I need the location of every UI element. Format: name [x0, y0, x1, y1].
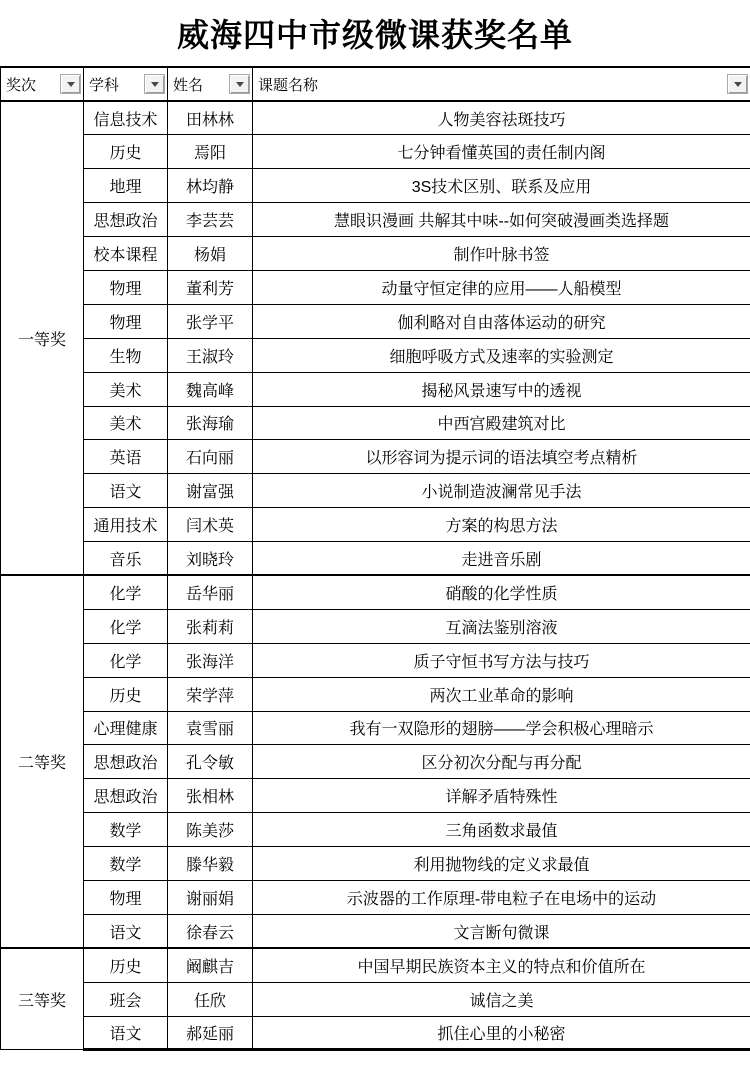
table-row: 语文徐春云文言断句微课	[1, 914, 750, 948]
topic-cell[interactable]: 示波器的工作原理-带电粒子在电场中的运动	[253, 880, 750, 914]
table-row: 思想政治李芸芸慧眼识漫画 共解其中味--如何突破漫画类选择题	[1, 203, 750, 237]
table-row: 英语石向丽以形容词为提示词的语法填空考点精析	[1, 440, 750, 474]
caret-down-icon	[67, 82, 75, 87]
name-cell[interactable]: 郝延丽	[168, 1016, 253, 1050]
topic-cell[interactable]: 以形容词为提示词的语法填空考点精析	[253, 440, 750, 474]
name-cell[interactable]: 林均静	[168, 169, 253, 203]
name-cell[interactable]: 石向丽	[168, 440, 253, 474]
topic-cell[interactable]: 伽利略对自由落体运动的研究	[253, 304, 750, 338]
column-header-topic[interactable]: 课题名称	[253, 67, 750, 101]
name-cell[interactable]: 张海瑜	[168, 406, 253, 440]
subject-cell[interactable]: 化学	[84, 643, 168, 677]
column-header-subject[interactable]: 学科	[84, 67, 168, 101]
filter-dropdown-icon[interactable]	[229, 74, 250, 94]
table-row: 物理张学平伽利略对自由落体运动的研究	[1, 304, 750, 338]
table-row: 化学张海洋质子守恒书写方法与技巧	[1, 643, 750, 677]
name-cell[interactable]: 徐春云	[168, 914, 253, 948]
subject-cell[interactable]: 历史	[84, 677, 168, 711]
subject-cell[interactable]: 美术	[84, 406, 168, 440]
subject-cell[interactable]: 化学	[84, 609, 168, 643]
name-cell[interactable]: 李芸芸	[168, 203, 253, 237]
table-row: 三等奖历史阚麒吉中国早期民族资本主义的特点和价值所在	[1, 948, 750, 982]
topic-cell[interactable]: 我有一双隐形的翅膀——学会积极心理暗示	[253, 711, 750, 745]
table-body: 一等奖信息技术田林林人物美容祛斑技巧历史焉阳七分钟看懂英国的责任制内阁地理林均静…	[1, 101, 750, 1050]
topic-cell[interactable]: 人物美容祛斑技巧	[253, 101, 750, 135]
subject-cell[interactable]: 生物	[84, 338, 168, 372]
topic-cell[interactable]: 走进音乐剧	[253, 542, 750, 576]
column-header-name[interactable]: 姓名	[168, 67, 253, 101]
table-row: 地理林均静3S技术区别、联系及应用	[1, 169, 750, 203]
subject-cell[interactable]: 思想政治	[84, 779, 168, 813]
name-cell[interactable]: 陈美莎	[168, 813, 253, 847]
topic-cell[interactable]: 方案的构思方法	[253, 508, 750, 542]
subject-cell[interactable]: 物理	[84, 880, 168, 914]
subject-cell[interactable]: 数学	[84, 847, 168, 881]
subject-cell[interactable]: 班会	[84, 982, 168, 1016]
name-cell[interactable]: 魏高峰	[168, 372, 253, 406]
subject-cell[interactable]: 通用技术	[84, 508, 168, 542]
name-cell[interactable]: 刘晓玲	[168, 542, 253, 576]
table-row: 美术张海瑜中西宫殿建筑对比	[1, 406, 750, 440]
table-row: 生物王淑玲细胞呼吸方式及速率的实验测定	[1, 338, 750, 372]
topic-cell[interactable]: 小说制造波澜常见手法	[253, 474, 750, 508]
subject-cell[interactable]: 数学	[84, 813, 168, 847]
name-cell[interactable]: 谢富强	[168, 474, 253, 508]
table-row: 班会任欣诚信之美	[1, 982, 750, 1016]
name-cell[interactable]: 张相林	[168, 779, 253, 813]
subject-cell[interactable]: 信息技术	[84, 101, 168, 135]
table-row: 二等奖化学岳华丽硝酸的化学性质	[1, 575, 750, 609]
name-cell[interactable]: 岳华丽	[168, 575, 253, 609]
subject-cell[interactable]: 历史	[84, 948, 168, 982]
caret-down-icon	[151, 82, 159, 87]
topic-cell[interactable]: 利用抛物线的定义求最值	[253, 847, 750, 881]
topic-cell[interactable]: 三角函数求最值	[253, 813, 750, 847]
caret-down-icon	[734, 82, 742, 87]
name-cell[interactable]: 田林林	[168, 101, 253, 135]
topic-cell[interactable]: 中西宫殿建筑对比	[253, 406, 750, 440]
name-cell[interactable]: 孔令敏	[168, 745, 253, 779]
topic-cell[interactable]: 动量守恒定律的应用——人船模型	[253, 270, 750, 304]
topic-cell[interactable]: 慧眼识漫画 共解其中味--如何突破漫画类选择题	[253, 203, 750, 237]
caret-down-icon	[236, 82, 244, 87]
table-row: 数学陈美莎三角函数求最值	[1, 813, 750, 847]
spreadsheet: 威海四中市级微课获奖名单 奖次 学科 姓名	[0, 0, 750, 1080]
column-header-label: 姓名	[173, 77, 203, 94]
subject-cell[interactable]: 历史	[84, 135, 168, 169]
subject-cell[interactable]: 语文	[84, 474, 168, 508]
name-cell[interactable]: 王淑玲	[168, 338, 253, 372]
name-cell[interactable]: 任欣	[168, 982, 253, 1016]
name-cell[interactable]: 张海洋	[168, 643, 253, 677]
name-cell[interactable]: 荣学萍	[168, 677, 253, 711]
subject-cell[interactable]: 校本课程	[84, 237, 168, 271]
subject-cell[interactable]: 语文	[84, 1016, 168, 1050]
table-row: 化学张莉莉互滴法鉴别溶液	[1, 609, 750, 643]
name-cell[interactable]: 滕华毅	[168, 847, 253, 881]
name-cell[interactable]: 袁雪丽	[168, 711, 253, 745]
topic-cell[interactable]: 两次工业革命的影响	[253, 677, 750, 711]
table-row: 历史焉阳七分钟看懂英国的责任制内阁	[1, 135, 750, 169]
table-row: 语文郝延丽抓住心里的小秘密	[1, 1016, 750, 1050]
topic-cell[interactable]: 详解矛盾特殊性	[253, 779, 750, 813]
topic-cell[interactable]: 制作叶脉书签	[253, 237, 750, 271]
table-row: 历史荣学萍两次工业革命的影响	[1, 677, 750, 711]
award-level-cell[interactable]: 二等奖	[1, 575, 84, 948]
subject-cell[interactable]: 美术	[84, 372, 168, 406]
page-title: 威海四中市级微课获奖名单	[0, 0, 750, 66]
table-row: 心理健康袁雪丽我有一双隐形的翅膀——学会积极心理暗示	[1, 711, 750, 745]
subject-cell[interactable]: 物理	[84, 270, 168, 304]
column-header-label: 学科	[89, 77, 119, 94]
topic-cell[interactable]: 硝酸的化学性质	[253, 575, 750, 609]
column-header-label: 奖次	[6, 77, 36, 94]
table-row: 音乐刘晓玲走进音乐剧	[1, 542, 750, 576]
subject-cell[interactable]: 英语	[84, 440, 168, 474]
subject-cell[interactable]: 化学	[84, 575, 168, 609]
column-header-award[interactable]: 奖次	[1, 67, 84, 101]
name-cell[interactable]: 张莉莉	[168, 609, 253, 643]
subject-cell[interactable]: 思想政治	[84, 203, 168, 237]
name-cell[interactable]: 阚麒吉	[168, 948, 253, 982]
subject-cell[interactable]: 心理健康	[84, 711, 168, 745]
column-header-label: 课题名称	[258, 77, 318, 94]
table-row: 美术魏高峰揭秘风景速写中的透视	[1, 372, 750, 406]
name-cell[interactable]: 焉阳	[168, 135, 253, 169]
topic-cell[interactable]: 3S技术区别、联系及应用	[253, 169, 750, 203]
filter-dropdown-icon[interactable]	[727, 74, 748, 94]
name-cell[interactable]: 董利芳	[168, 270, 253, 304]
topic-cell[interactable]: 揭秘风景速写中的透视	[253, 372, 750, 406]
topic-cell[interactable]: 区分初次分配与再分配	[253, 745, 750, 779]
table-row: 数学滕华毅利用抛物线的定义求最值	[1, 847, 750, 881]
name-cell[interactable]: 谢丽娟	[168, 880, 253, 914]
table-row: 物理董利芳动量守恒定律的应用——人船模型	[1, 270, 750, 304]
awards-table: 奖次 学科 姓名 课题名称 一等奖信息技术田林林人物美容祛斑技巧历史焉阳七分钟看…	[0, 66, 750, 1051]
subject-cell[interactable]: 地理	[84, 169, 168, 203]
topic-cell[interactable]: 细胞呼吸方式及速率的实验测定	[253, 338, 750, 372]
table-row: 物理谢丽娟示波器的工作原理-带电粒子在电场中的运动	[1, 880, 750, 914]
name-cell[interactable]: 闫术英	[168, 508, 253, 542]
topic-cell[interactable]: 诚信之美	[253, 982, 750, 1016]
table-row: 语文谢富强小说制造波澜常见手法	[1, 474, 750, 508]
topic-cell[interactable]: 质子守恒书写方法与技巧	[253, 643, 750, 677]
table-row: 思想政治张相林详解矛盾特殊性	[1, 779, 750, 813]
award-level-cell[interactable]: 三等奖	[1, 948, 84, 1050]
topic-cell[interactable]: 七分钟看懂英国的责任制内阁	[253, 135, 750, 169]
table-row: 校本课程杨娟制作叶脉书签	[1, 237, 750, 271]
subject-cell[interactable]: 思想政治	[84, 745, 168, 779]
topic-cell[interactable]: 中国早期民族资本主义的特点和价值所在	[253, 948, 750, 982]
subject-cell[interactable]: 音乐	[84, 542, 168, 576]
filter-dropdown-icon[interactable]	[60, 74, 81, 94]
filter-dropdown-icon[interactable]	[144, 74, 165, 94]
topic-cell[interactable]: 文言断句微课	[253, 914, 750, 948]
subject-cell[interactable]: 物理	[84, 304, 168, 338]
header-row: 奖次 学科 姓名 课题名称	[1, 67, 750, 101]
table-row: 思想政治孔令敏区分初次分配与再分配	[1, 745, 750, 779]
name-cell[interactable]: 张学平	[168, 304, 253, 338]
subject-cell[interactable]: 语文	[84, 914, 168, 948]
topic-cell[interactable]: 抓住心里的小秘密	[253, 1016, 750, 1050]
table-row: 一等奖信息技术田林林人物美容祛斑技巧	[1, 101, 750, 135]
topic-cell[interactable]: 互滴法鉴别溶液	[253, 609, 750, 643]
table-row: 通用技术闫术英方案的构思方法	[1, 508, 750, 542]
award-level-cell[interactable]: 一等奖	[1, 101, 84, 575]
name-cell[interactable]: 杨娟	[168, 237, 253, 271]
